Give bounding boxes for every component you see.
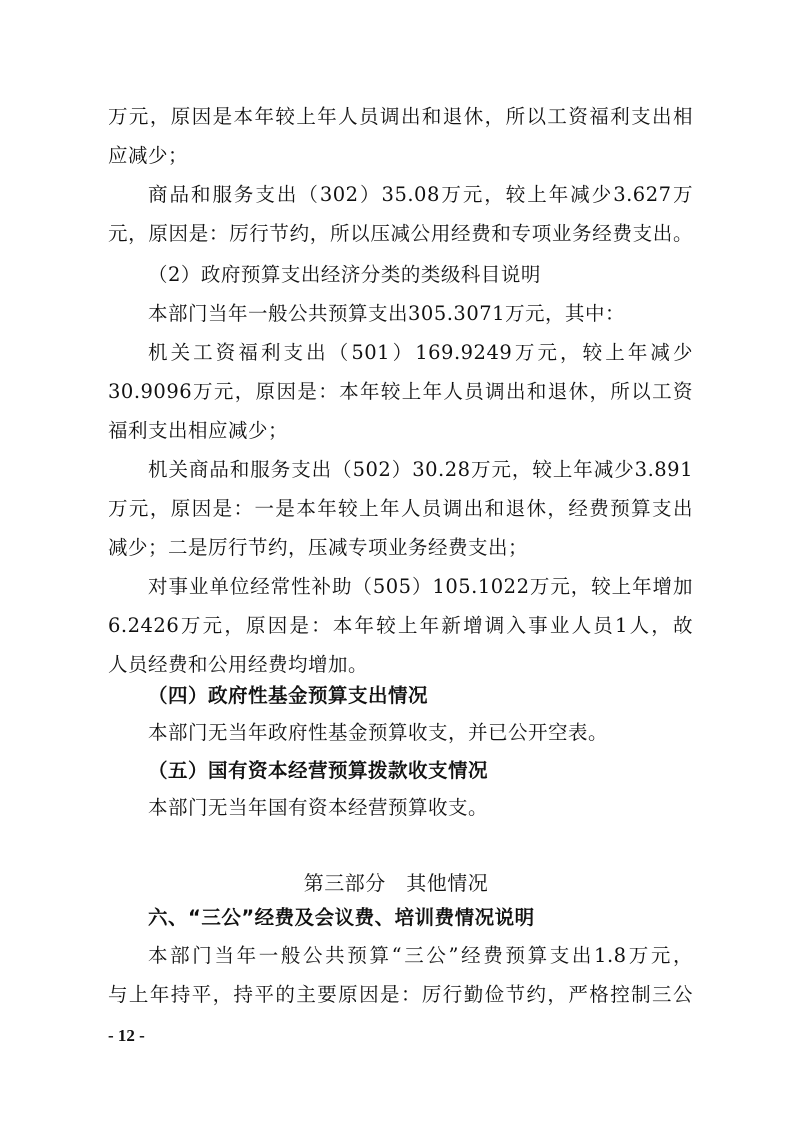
document-page: 万元，原因是本年较上年人员调出和退休，所以工资福利支出相 应减少； 商品和服务支… xyxy=(0,0,792,1121)
paragraph-line: 机关商品和服务支出（502）30.28万元，较上年减少3.891 xyxy=(148,457,693,483)
subsection-heading: （2）政府预算支出经济分类的类级科目说明 xyxy=(148,262,693,288)
part-heading: 第三部分 其他情况 xyxy=(0,870,792,896)
paragraph-line: 福利支出相应减少； xyxy=(108,418,693,444)
paragraph-line: 机关工资福利支出（501）169.9249万元，较上年减少 xyxy=(148,340,693,366)
paragraph-line: 元，原因是：厉行节约，所以压减公用经费和专项业务经费支出。 xyxy=(108,221,693,247)
paragraph-line: 本部门无当年国有资本经营预算收支。 xyxy=(148,795,693,821)
paragraph-line: 商品和服务支出（302）35.08万元，较上年减少3.627万 xyxy=(148,182,693,208)
paragraph-line: 本部门无当年政府性基金预算收支，并已公开空表。 xyxy=(148,720,693,746)
paragraph-line: 减少；二是厉行节约，压减专项业务经费支出； xyxy=(108,535,693,561)
paragraph-line: 人员经费和公用经费均增加。 xyxy=(108,652,693,678)
paragraph-line: 应减少； xyxy=(108,143,693,169)
paragraph-line: 与上年持平，持平的主要原因是：厉行勤俭节约，严格控制三公 xyxy=(108,982,693,1008)
paragraph-line: 万元，原因是本年较上年人员调出和退休，所以工资福利支出相 xyxy=(108,104,693,130)
section-heading-six: 六、“三公”经费及会议费、培训费情况说明 xyxy=(148,905,693,931)
page-number: - 12 - xyxy=(108,1026,145,1046)
paragraph-line: 本部门当年一般公共预算“三公”经费预算支出1.8万元， xyxy=(148,943,693,969)
section-heading-five: （五）国有资本经营预算拨款收支情况 xyxy=(148,758,693,784)
paragraph-line: 万元，原因是：一是本年较上年人员调出和退休，经费预算支出 xyxy=(108,496,693,522)
paragraph-line: 本部门当年一般公共预算支出305.3071万元，其中： xyxy=(148,301,693,327)
section-heading-four: （四）政府性基金预算支出情况 xyxy=(148,683,693,709)
paragraph-line: 对事业单位经常性补助（505）105.1022万元，较上年增加 xyxy=(148,574,693,600)
paragraph-line: 30.9096万元，原因是：本年较上年人员调出和退休，所以工资 xyxy=(108,379,693,405)
paragraph-line: 6.2426万元，原因是：本年较上年新增调入事业人员1人，故 xyxy=(108,613,693,639)
